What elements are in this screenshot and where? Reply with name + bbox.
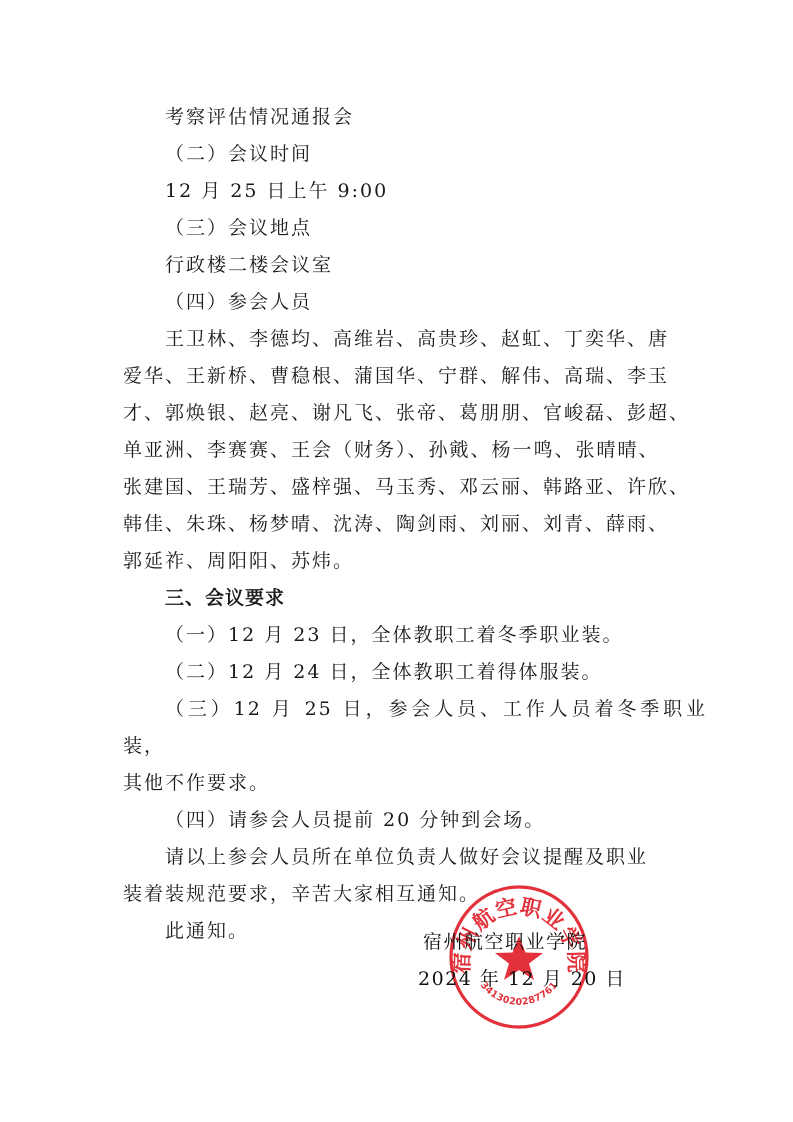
attendees-label: （四）参会人员 <box>123 284 707 321</box>
signature-block: 宿州航空职业学院 2024 年 12 月 20 日 <box>418 924 626 998</box>
section-heading-requirements: 三、会议要求 <box>123 580 707 617</box>
attendees-line: 才、郭焕银、赵亮、谢凡飞、张帝、葛朋朋、官峻磊、彭超、 <box>123 395 707 432</box>
closing-request-line: 装着装规范要求，辛苦大家相互通知。 <box>123 876 707 913</box>
requirement-item: （一）12 月 23 日，全体教职工着冬季职业装。 <box>123 617 707 654</box>
signature-date: 2024 年 12 月 20 日 <box>418 961 626 998</box>
attendees-line: 爱华、王新桥、曹稳根、蒲国华、宁群、解伟、高瑞、李玉 <box>123 358 707 395</box>
attendees-line: 郭延祚、周阳阳、苏炜。 <box>123 543 707 580</box>
document-page: 考察评估情况通报会 （二）会议时间 12 月 25 日上午 9:00 （三）会议… <box>0 0 793 1122</box>
signature-organization: 宿州航空职业学院 <box>418 924 626 961</box>
requirement-item: （四）请参会人员提前 20 分钟到会场。 <box>123 802 707 839</box>
attendees-line: 王卫林、李德均、高维岩、高贵珍、赵虹、丁奕华、唐 <box>123 321 707 358</box>
requirement-item: （三）12 月 25 日，参会人员、工作人员着冬季职业装， <box>123 691 707 765</box>
closing-request-line: 请以上参会人员所在单位负责人做好会议提醒及职业 <box>123 839 707 876</box>
requirement-item-continued: 其他不作要求。 <box>123 765 707 802</box>
location-value: 行政楼二楼会议室 <box>123 247 707 284</box>
time-label: （二）会议时间 <box>123 136 707 173</box>
document-body: 考察评估情况通报会 （二）会议时间 12 月 25 日上午 9:00 （三）会议… <box>123 99 707 950</box>
attendees-line: 张建国、王瑞芳、盛梓强、马玉秀、邓云丽、韩路亚、许欣、 <box>123 469 707 506</box>
requirement-item: （二）12 月 24 日，全体教职工着得体服装。 <box>123 654 707 691</box>
attendees-line: 单亚洲、李赛赛、王会（财务）、孙戭、杨一鸣、张晴晴、 <box>123 432 707 469</box>
attendees-list: 王卫林、李德均、高维岩、高贵珍、赵虹、丁奕华、唐 爱华、王新桥、曹稳根、蒲国华、… <box>123 321 707 580</box>
attendees-line: 韩佳、朱珠、杨梦晴、沈涛、陶剑雨、刘丽、刘青、薛雨、 <box>123 506 707 543</box>
location-label: （三）会议地点 <box>123 210 707 247</box>
meeting-name-tail: 考察评估情况通报会 <box>123 99 707 136</box>
time-value: 12 月 25 日上午 9:00 <box>123 173 707 210</box>
